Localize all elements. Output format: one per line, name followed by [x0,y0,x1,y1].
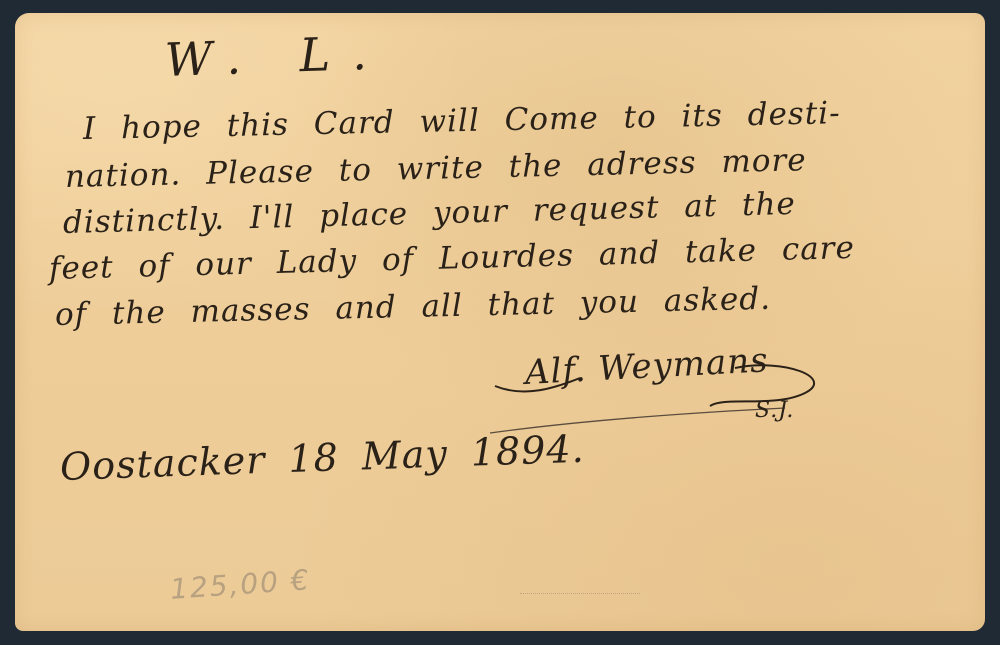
salutation: W. L. [164,25,389,87]
place-date: Oostacker 18 May 1894. [59,427,585,489]
body-line-5: of the masses and all that you asked. [55,281,772,333]
scan-background: W. L. I hope this Card will Come to its … [0,0,1000,645]
postcard: W. L. I hope this Card will Come to its … [15,13,985,631]
pencil-price: 125,00 € [169,563,312,606]
body-line-3: distinctly. I'll place your request at t… [63,186,797,241]
body-line-4: feet of our Lady of Lourdes and take car… [49,230,856,287]
faint-pencil-mark [520,593,640,600]
body-line-1: I hope this Card will Come to its desti- [83,95,841,147]
body-line-2: nation. Please to write the adress more [65,142,807,195]
signature-suffix: S.J. [755,398,794,423]
